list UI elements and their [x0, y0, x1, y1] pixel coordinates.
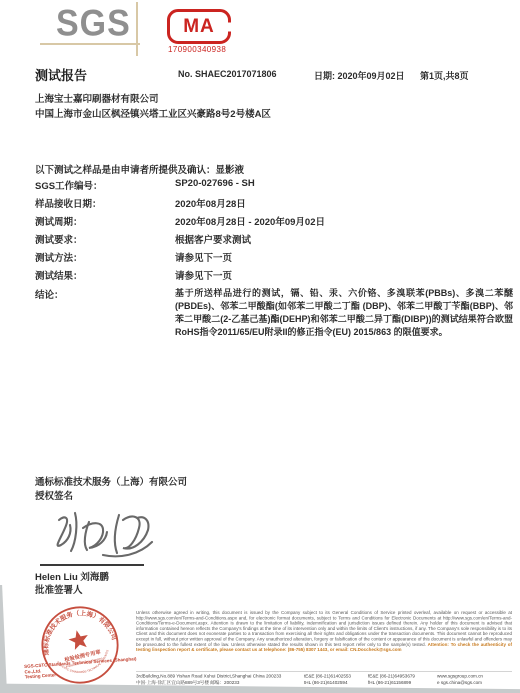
- cma-letters: MA: [183, 16, 215, 38]
- conclusion-text: 基于所送样品进行的测试，镉、铅、汞、六价铬、多溴联苯(PBBs)、多溴二苯醚(P…: [175, 287, 513, 339]
- footer-fineprint-block: Unless otherwise agreed in writing, this…: [136, 610, 512, 668]
- phone-number: tHL (86-21)61402594: [304, 680, 368, 687]
- applicant-company-name: 上海宝士嘉印刷器材有限公司: [35, 91, 159, 105]
- field-row-sample-received: 样品接收日期： 2020年08月28日: [35, 196, 510, 214]
- footer-address-row-cn: 中国·上海·徐汇区宜山路889号3号楼 邮编：200233 tHL (86-21…: [136, 680, 512, 687]
- cma-certificate-number: 170900340938: [168, 45, 226, 54]
- cma-c-opening: [228, 22, 231, 31]
- authorized-signature-label: 授权签名: [35, 488, 73, 502]
- address-chinese: 中国·上海·徐汇区宜山路889号3号楼 邮编：200233: [136, 680, 304, 687]
- report-number: No. SHAEC2017071806: [178, 69, 277, 79]
- field-value: 请参见下一页: [175, 268, 232, 282]
- fax-number: fHL (86-21)61156899: [368, 680, 437, 687]
- sample-declaration: 以下测试之样品是由申请者所提供及确认：显影液: [35, 162, 244, 176]
- test-report-page: SGS MA 170900340938 测试报告 No. SHAEC201707…: [0, 0, 520, 693]
- signatory-role: 批准签署人: [35, 582, 83, 596]
- field-value: 2020年08月28日: [175, 196, 246, 210]
- signatory-name: Helen Liu 刘海鹏: [35, 569, 109, 583]
- field-row-test-method: 测试方法： 请参见下一页: [35, 250, 510, 268]
- field-row-test-requested: 测试要求： 根据客户要求测试: [35, 232, 510, 250]
- applicant-address: 中国上海市金山区枫泾镇兴塔工业区兴豪路8号2号楼A区: [35, 106, 271, 120]
- cma-accreditation-mark: MA: [167, 9, 231, 44]
- field-value: 请参见下一页: [175, 250, 232, 264]
- report-date: 日期: 2020年09月02日: [314, 69, 405, 82]
- field-label: 测试方法：: [35, 250, 175, 264]
- page-indicator: 第1页,共8页: [420, 69, 469, 82]
- report-title: 测试报告: [35, 65, 87, 84]
- conclusion-label: 结论：: [35, 287, 175, 339]
- signature-handwriting: [45, 502, 160, 564]
- logo-horizontal-rule: [40, 43, 140, 45]
- field-label: SGS工作编号：: [35, 178, 175, 192]
- sgs-logo: SGS: [56, 3, 131, 45]
- signature-underline: [40, 564, 144, 566]
- field-label: 样品接收日期：: [35, 196, 175, 210]
- field-row-test-results: 测试结果： 请参见下一页: [35, 268, 510, 286]
- field-value: 2020年08月28日 - 2020年09月02日: [175, 214, 325, 228]
- report-fields-table: SGS工作编号： SP20-027696 - SH 样品接收日期： 2020年0…: [35, 178, 510, 286]
- email-address: e sgs.china@sgs.com: [437, 680, 512, 687]
- issuing-company-name: 通标标准技术服务（上海）有限公司: [35, 474, 187, 488]
- field-label: 测试周期：: [35, 214, 175, 228]
- scan-edge-left: [0, 585, 7, 693]
- stamp-star-icon: [67, 628, 91, 651]
- field-label: 测试结果：: [35, 268, 175, 282]
- field-row-testing-period: 测试周期： 2020年08月28日 - 2020年09月02日: [35, 214, 510, 232]
- field-value: 根据客户要求测试: [175, 232, 251, 246]
- field-label: 测试要求：: [35, 232, 175, 246]
- conclusion-row: 结论： 基于所送样品进行的测试，镉、铅、汞、六价铬、多溴联苯(PBBs)、多溴二…: [35, 287, 513, 339]
- field-row-sgs-job-no: SGS工作编号： SP20-027696 - SH: [35, 178, 510, 196]
- field-value: SP20-027696 - SH: [175, 178, 255, 189]
- logo-vertical-rule: [136, 2, 138, 56]
